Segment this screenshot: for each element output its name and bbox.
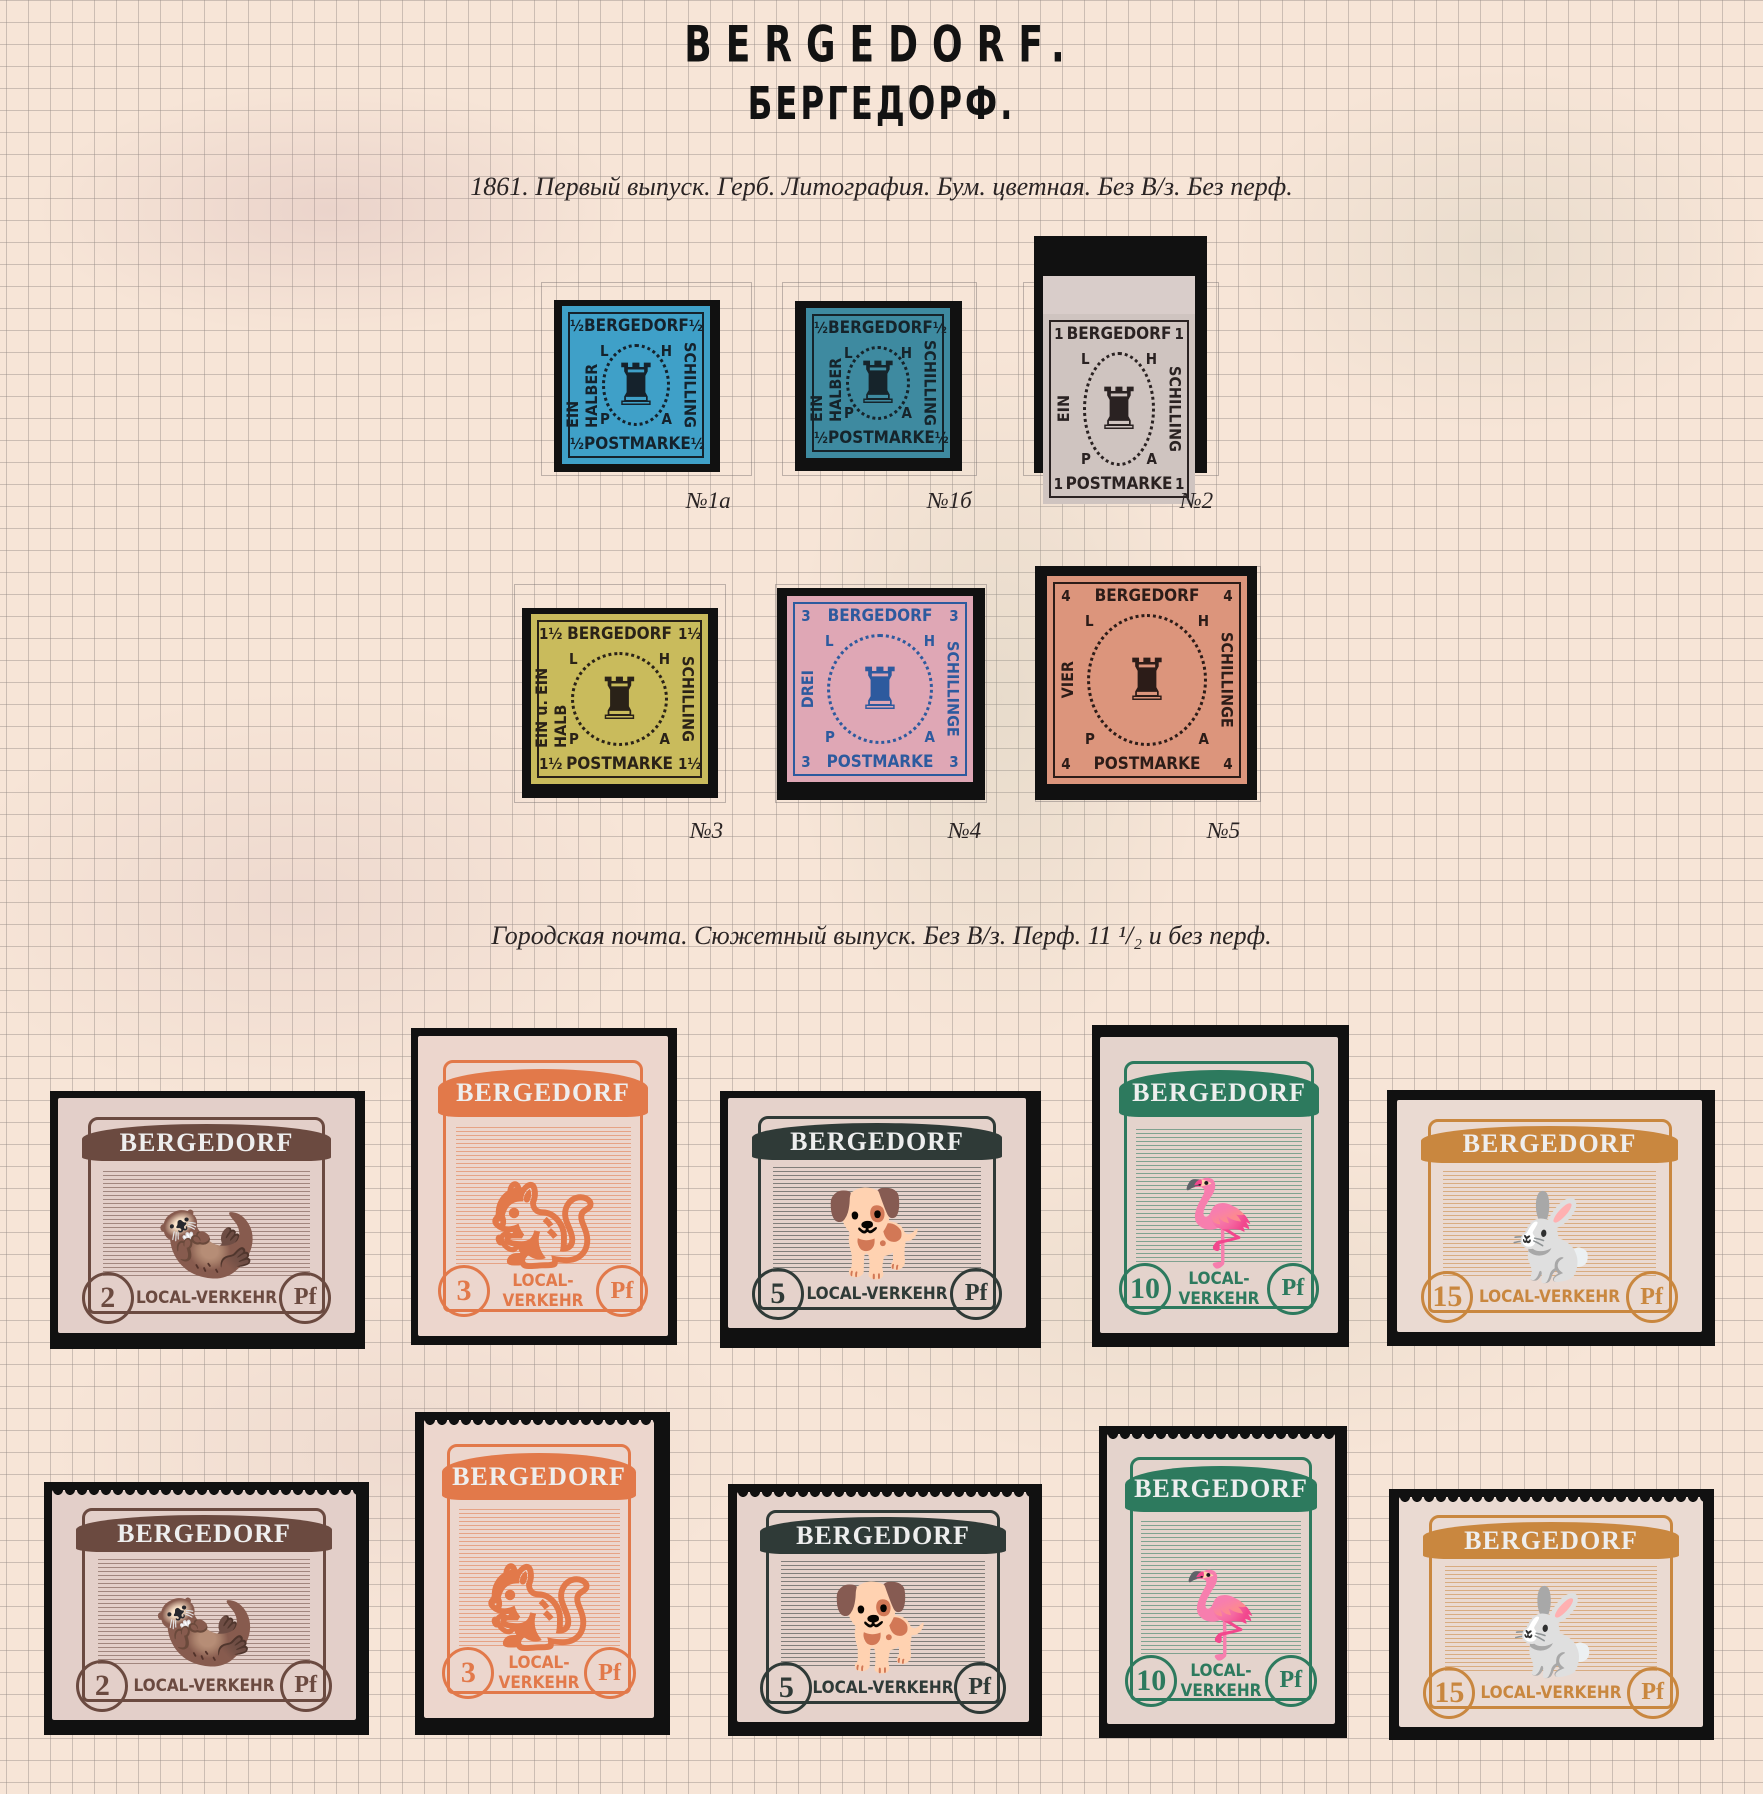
stamp-footer: 2LOCAL-VERKEHRPf [82, 1281, 332, 1314]
stamp-left-text: EIN [1051, 350, 1075, 468]
stamp-footer-text: LOCAL-VERKEHR [1171, 1269, 1267, 1309]
stamp-bottom-text: POSTMARKE [584, 434, 691, 454]
unit-medallion: Pf [279, 1272, 331, 1324]
stamp-top-row: ½BERGEDORF½ [814, 316, 942, 340]
stamp-left-text: EIN HALBER [570, 342, 594, 428]
stamp-bottom-text: POSTMARKE [1077, 754, 1217, 774]
stamp-local-hares[interactable]: 🐇BERGEDORF15LOCAL-VERKEHRPf [1399, 1497, 1703, 1727]
stamp-top-row: 1½BERGEDORF1½ [539, 622, 700, 646]
text: EIN HALBER [563, 342, 601, 428]
page-title-cyrillic: БЕРГЕДОРФ. [0, 79, 1763, 130]
marten-icon: 🦦 [103, 1201, 311, 1279]
stamp-banner-text: BERGEDORF [1132, 1078, 1306, 1108]
corner-letter: H [661, 342, 672, 360]
stamp-local-hares[interactable]: 🐇BERGEDORF15LOCAL-VERKEHRPf [1397, 1100, 1702, 1332]
text: EIN HALBER [807, 344, 845, 422]
value-corner: 3 [795, 607, 817, 625]
value-corner: ½ [570, 435, 584, 453]
stamp-bottom-row: ½POSTMARKE½ [814, 426, 942, 450]
value-medallion: 3 [438, 1265, 490, 1317]
eagle-castle-crest-icon: ♜ [1096, 380, 1143, 438]
stamp-right-text: SCHILLING [1163, 350, 1187, 468]
unit-medallion: Pf [280, 1660, 332, 1712]
stamp-classic[interactable]: ½BERGEDORF½½POSTMARKE½EIN HALBERSCHILLIN… [562, 306, 710, 464]
eagle-castle-crest-icon: ♜ [855, 354, 902, 412]
value-corner: ½ [689, 317, 703, 335]
stamp-footer-text: LOCAL-VERKEHR [490, 1271, 596, 1311]
stamp-banner-text: BERGEDORF [117, 1519, 291, 1549]
text: SCHILLING [1166, 366, 1185, 452]
stamp-local-squirrel[interactable]: 🐿BERGEDORF3LOCAL-VERKEHRPf [424, 1420, 654, 1718]
text: DREI [798, 670, 817, 708]
eagle-castle-crest-icon: ♜ [596, 670, 643, 728]
corner-letter: L [844, 344, 853, 362]
stamp-top-row: 3BERGEDORF3 [795, 604, 965, 628]
dog-icon: 🐕 [773, 1199, 982, 1275]
value-corner: 1½ [539, 755, 561, 773]
corner-letter: L [600, 342, 609, 360]
stamp-banner-text: BERGEDORF [452, 1462, 626, 1492]
stamp-banner-text: BERGEDORF [796, 1521, 970, 1551]
stamp-right-text: SCHILLINGE [941, 632, 965, 746]
stamp-banner: BERGEDORF [442, 1453, 635, 1501]
stamp-bottom-row: 3POSTMARKE3 [795, 750, 965, 774]
hares-icon: 🐇 [1445, 1598, 1658, 1674]
stamp-banner: BERGEDORF [1119, 1070, 1319, 1117]
value-corner: 3 [943, 607, 965, 625]
stamp-local-marten[interactable]: 🦦BERGEDORF2LOCAL-VERKEHRPf [58, 1098, 355, 1333]
catalog-number: №3 [690, 818, 723, 844]
stamp-banner-text: BERGEDORF [1464, 1526, 1638, 1556]
stamp-local-marten[interactable]: 🦦BERGEDORF2LOCAL-VERKEHRPf [52, 1490, 356, 1720]
stamp-bottom-row: 4POSTMARKE4 [1055, 752, 1239, 776]
unit-medallion: Pf [1265, 1655, 1317, 1707]
stamp-local-dog[interactable]: 🐕BERGEDORF5LOCAL-VERKEHRPf [737, 1492, 1029, 1722]
corner-letter: H [659, 650, 670, 668]
value-corner: 1 [1051, 475, 1066, 493]
value-corner: 1½ [539, 625, 561, 643]
unit-medallion: Pf [584, 1647, 636, 1699]
storks-icon: 🦩 [1141, 1562, 1301, 1658]
stamp-footer: 15LOCAL-VERKEHRPf [1423, 1676, 1678, 1708]
storks-icon: 🦩 [1136, 1167, 1303, 1265]
marten-icon: 🦦 [98, 1591, 311, 1667]
corner-letter: P [1085, 730, 1095, 748]
value-corner: ½ [935, 429, 949, 447]
corner-letter: A [662, 410, 672, 428]
section-2-caption: Городская почта. Сюжетный выпуск. Без В/… [0, 921, 1763, 951]
catalog-number: №1б [927, 488, 972, 514]
stamp-footer-text: LOCAL-VERKEHR [812, 1678, 953, 1698]
eagle-castle-crest-icon: ♜ [857, 660, 904, 718]
stamp-local-storks[interactable]: 🦩BERGEDORF10LOCAL-VERKEHRPf [1107, 1434, 1335, 1724]
text: SCHILLING [679, 656, 698, 742]
value-medallion: 10 [1125, 1655, 1177, 1707]
stamp-top-row: 1BERGEDORF1 [1051, 322, 1187, 346]
catalog-number: №2 [1180, 488, 1213, 514]
stamp-footer: 5LOCAL-VERKEHRPf [752, 1277, 1002, 1309]
text: EIN [1054, 395, 1073, 422]
value-medallion: 15 [1423, 1667, 1475, 1719]
text: SCHILLINGE [1218, 632, 1237, 728]
stamp-footer-text: LOCAL-VERKEHR [1475, 1683, 1626, 1703]
eagle-castle-crest-icon: ♜ [1124, 651, 1171, 709]
corner-letter: A [660, 730, 670, 748]
unit-medallion: Pf [950, 1268, 1002, 1320]
value-corner: 1½ [678, 625, 700, 643]
corner-letter: L [825, 632, 834, 650]
stamp-footer-text: LOCAL-VERKEHR [128, 1676, 279, 1696]
stamp-top-text: BERGEDORF [817, 606, 943, 626]
corner-letter: P [600, 410, 610, 428]
unit-medallion: Pf [1626, 1271, 1678, 1323]
corner-letter: P [1081, 450, 1091, 468]
stamp-banner: BERGEDORF [1125, 1466, 1317, 1512]
stamp-footer-text: LOCAL-VERKEHR [1473, 1287, 1625, 1307]
value-corner: ½ [933, 319, 947, 337]
text: SCHILLINGE [944, 641, 963, 737]
stamp-classic[interactable]: 4BERGEDORF44POSTMARKE4VIERSCHILLINGE♜LHP… [1047, 576, 1247, 784]
stamp-footer: 3LOCAL-VERKEHRPf [442, 1652, 635, 1694]
stamp-bottom-text: POSTMARKE [817, 752, 943, 772]
corner-letter: P [825, 728, 835, 746]
stamp-banner-text: BERGEDORF [1463, 1129, 1637, 1159]
corner-letter: L [1085, 612, 1094, 630]
dog-icon: 🐕 [781, 1593, 985, 1669]
stamp-banner: BERGEDORF [438, 1069, 648, 1117]
stamp-top-text: BERGEDORF [1077, 586, 1217, 606]
stamp-bottom-row: 1½POSTMARKE1½ [539, 752, 700, 776]
stamp-banner: BERGEDORF [1421, 1126, 1677, 1163]
stamp-footer: 5LOCAL-VERKEHRPf [760, 1671, 1005, 1703]
corner-letter: H [1146, 350, 1157, 368]
value-corner: 1½ [678, 755, 700, 773]
corner-letter: A [1199, 730, 1209, 748]
stamp-right-text: SCHILLING [678, 342, 702, 428]
text: SCHILLING [921, 340, 940, 426]
value-corner: 4 [1055, 587, 1077, 605]
stamp-local-squirrel[interactable]: 🐿BERGEDORF3LOCAL-VERKEHRPf [418, 1036, 668, 1336]
corner-letter: A [925, 728, 935, 746]
stamp-bottom-row: ½POSTMARKE½ [570, 432, 702, 456]
squirrel-icon: 🐿 [456, 1168, 631, 1267]
section-1-caption: 1861. Первый выпуск. Герб. Литография. Б… [0, 172, 1763, 202]
stamp-footer: 15LOCAL-VERKEHRPf [1421, 1281, 1677, 1313]
stamp-classic[interactable]: 1½BERGEDORF1½1½POSTMARKE1½EIN u. EIN HAL… [531, 614, 708, 784]
value-corner: 4 [1217, 755, 1239, 773]
stamp-footer: 10LOCAL-VERKEHRPf [1119, 1268, 1319, 1309]
value-medallion: 10 [1119, 1263, 1171, 1315]
stamp-local-storks[interactable]: 🦩BERGEDORF10LOCAL-VERKEHRPf [1100, 1037, 1338, 1333]
stamp-banner: BERGEDORF [82, 1124, 332, 1162]
stamp-classic[interactable]: 3BERGEDORF33POSTMARKE3DREISCHILLINGE♜LHP… [787, 596, 973, 782]
stamp-banner: BERGEDORF [752, 1123, 1002, 1160]
stamp-banner-text: BERGEDORF [1134, 1474, 1308, 1504]
value-corner: 4 [1055, 755, 1077, 773]
catalog-number: №1a [686, 488, 731, 514]
stamp-banner-text: BERGEDORF [456, 1078, 630, 1108]
text: SCHILLING [681, 342, 700, 428]
stamp-bottom-row: 1POSTMARKE1 [1051, 472, 1187, 496]
unit-medallion: Pf [954, 1662, 1006, 1714]
value-medallion: 2 [76, 1660, 128, 1712]
stamp-footer-text: LOCAL-VERKEHR [804, 1284, 950, 1304]
unit-medallion: Pf [596, 1265, 648, 1317]
stamp-footer-text: LOCAL-VERKEHR [134, 1288, 280, 1308]
corner-letter: L [569, 650, 578, 668]
stamp-top-text: BERGEDORF [1067, 324, 1172, 344]
stamp-footer: 2LOCAL-VERKEHRPf [76, 1669, 331, 1701]
stamp-banner: BERGEDORF [1423, 1522, 1678, 1559]
value-medallion: 3 [442, 1647, 494, 1699]
stamp-left-text: VIER [1055, 612, 1079, 748]
value-medallion: 5 [760, 1662, 812, 1714]
value-medallion: 2 [82, 1272, 134, 1324]
stamp-local-dog[interactable]: 🐕BERGEDORF5LOCAL-VERKEHRPf [728, 1098, 1026, 1328]
value-corner: 3 [795, 753, 817, 771]
text: VIER [1058, 661, 1077, 698]
catalog-number: №5 [1207, 818, 1240, 844]
stamp-banner: BERGEDORF [76, 1515, 331, 1552]
corner-letter: L [1081, 350, 1090, 368]
stamp-top-row: ½BERGEDORF½ [570, 314, 702, 338]
stamp-bottom-text: POSTMARKE [561, 754, 678, 774]
corner-letter: A [1147, 450, 1157, 468]
stamp-right-text: SCHILLINGE [1215, 612, 1239, 748]
stamp-top-row: 4BERGEDORF4 [1055, 584, 1239, 608]
stamp-banner-text: BERGEDORF [120, 1128, 294, 1158]
unit-medallion: Pf [1267, 1263, 1319, 1315]
stamp-bottom-text: POSTMARKE [1066, 474, 1173, 494]
corner-letter: P [569, 730, 579, 748]
value-corner: ½ [570, 317, 584, 335]
value-corner: 1 [1051, 325, 1067, 343]
stamp-right-text: SCHILLING [918, 344, 942, 422]
squirrel-icon: 🐿 [459, 1551, 620, 1649]
stamp-classic[interactable]: ½BERGEDORF½½POSTMARKE½EIN HALBERSCHILLIN… [806, 308, 950, 458]
stamp-bottom-text: POSTMARKE [828, 428, 935, 448]
corner-letter: A [902, 404, 912, 422]
value-corner: 1 [1171, 325, 1187, 343]
stamp-top-text: BERGEDORF [584, 316, 689, 336]
value-corner: 3 [943, 753, 965, 771]
stamp-banner-text: BERGEDORF [790, 1127, 964, 1157]
page-title-latin: BERGEDORF. [0, 16, 1763, 74]
stamp-footer: 10LOCAL-VERKEHRPf [1125, 1660, 1317, 1701]
corner-letter: H [924, 632, 935, 650]
corner-letter: H [901, 344, 912, 362]
stamp-footer-text: LOCAL-VERKEHR [1177, 1661, 1265, 1701]
value-medallion: 15 [1421, 1271, 1473, 1323]
value-corner: ½ [691, 435, 705, 453]
value-corner: 4 [1217, 587, 1239, 605]
text: EIN u. EIN HALB [532, 650, 570, 748]
stamp-left-text: EIN HALBER [814, 344, 838, 422]
value-corner: ½ [814, 429, 828, 447]
stamp-footer-text: LOCAL-VERKEHR [494, 1653, 583, 1693]
stamp-left-text: DREI [795, 632, 819, 746]
eagle-castle-crest-icon: ♜ [613, 356, 660, 414]
stamp-top-text: BERGEDORF [828, 318, 933, 338]
value-medallion: 5 [752, 1268, 804, 1320]
hares-icon: 🐇 [1443, 1202, 1657, 1279]
corner-letter: H [1198, 612, 1209, 630]
corner-letter: P [844, 404, 854, 422]
stamp-footer: 3LOCAL-VERKEHRPf [438, 1270, 648, 1312]
unit-medallion: Pf [1627, 1667, 1679, 1719]
stamp-right-text: SCHILLING [676, 650, 700, 748]
catalog-number: №4 [948, 818, 981, 844]
stamp-top-text: BERGEDORF [561, 624, 678, 644]
stamp-left-text: EIN u. EIN HALB [539, 650, 563, 748]
stamp-classic[interactable]: 1BERGEDORF11POSTMARKE1EINSCHILLING♜LHPA [1043, 276, 1195, 504]
stamp-banner: BERGEDORF [760, 1517, 1005, 1554]
value-corner: ½ [814, 319, 828, 337]
